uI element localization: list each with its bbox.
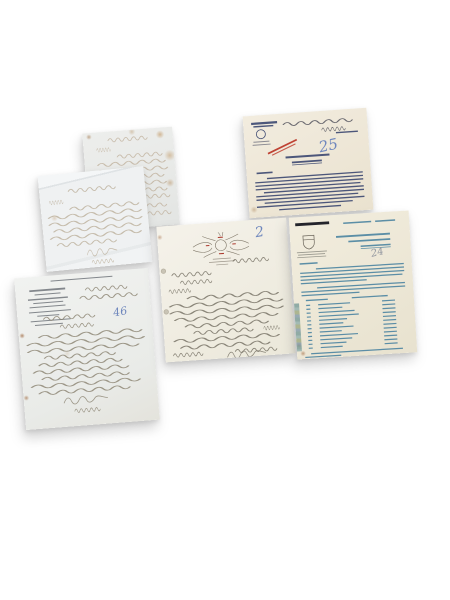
typed-letter-content	[243, 108, 374, 218]
ornate-crest	[192, 230, 250, 266]
handwriting-lines	[38, 166, 153, 272]
letterhead-shield	[303, 235, 315, 249]
typed-price-list-content	[289, 210, 417, 359]
typed-letterhead-letter: 25	[243, 108, 374, 218]
faded-handwritten-letter-front	[38, 166, 153, 272]
letterhead-and-handwriting	[14, 268, 160, 430]
letterhead-emblem	[256, 129, 266, 139]
blue-pencil-lot-number: 25	[318, 137, 340, 156]
red-diagonal-stamp	[268, 139, 299, 157]
typed-price-list-letter: 24	[289, 210, 417, 359]
company-header-text	[295, 221, 329, 226]
blue-pencil-lot-number: 46	[112, 305, 128, 318]
crest-handwritten-letter: 2	[156, 218, 295, 363]
photograph-of-documents: 46	[0, 0, 450, 600]
letterhead-handwritten-letter: 46	[14, 268, 160, 430]
crest-and-handwriting	[156, 218, 295, 363]
